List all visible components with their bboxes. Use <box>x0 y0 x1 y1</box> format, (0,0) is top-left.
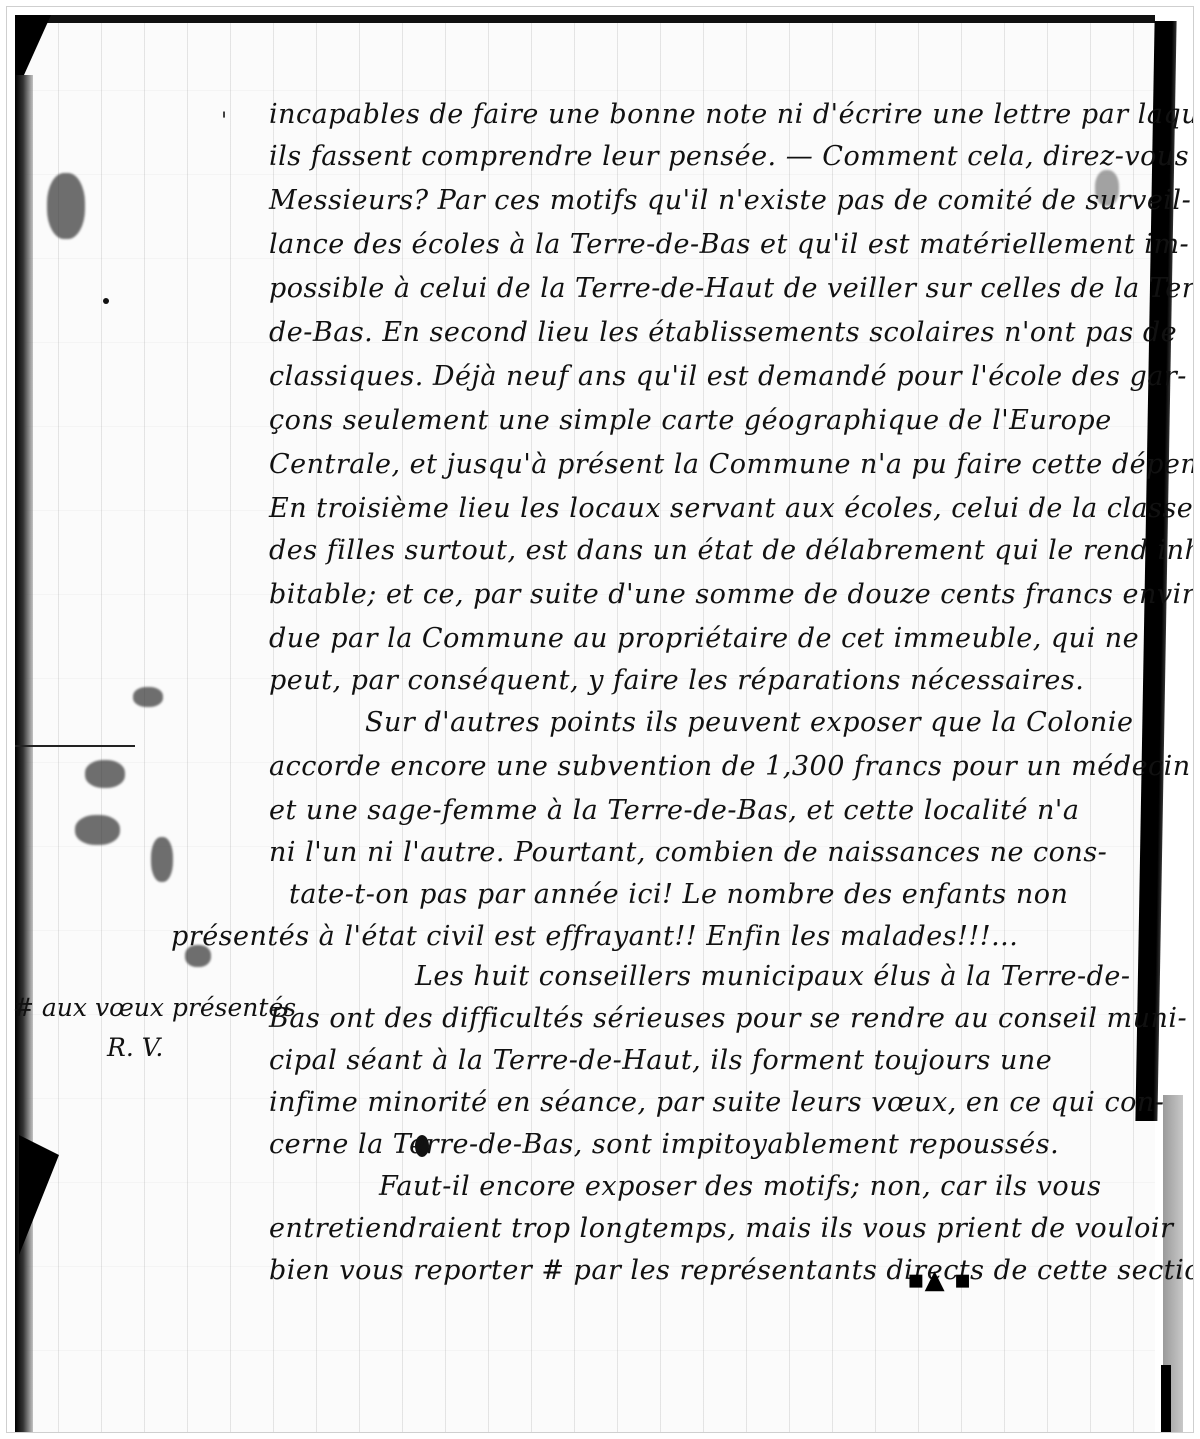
text-line: Les huit conseillers municipaux élus à l… <box>415 961 1131 992</box>
margin-annotation: # aux vœux présentés <box>13 993 296 1022</box>
text-line: incapables de faire une bonne note ni d'… <box>269 99 1194 130</box>
binding-edge <box>1161 1365 1171 1433</box>
text-line: due par la Commune au propriétaire de ce… <box>269 623 1139 654</box>
text-line: infime minorité en séance, par suite leu… <box>269 1087 1164 1118</box>
text-line: possible à celui de la Terre-de-Haut de … <box>269 273 1194 304</box>
text-line: Bas ont des difficultés sérieuses pour s… <box>269 1003 1187 1034</box>
ink-stain <box>133 687 163 707</box>
text-line: entretiendraient trop longtemps, mais il… <box>269 1213 1173 1244</box>
text-line: Centrale, et jusqu'à présent la Commune … <box>269 449 1194 480</box>
text-line: de-Bas. En second lieu les établissement… <box>269 317 1177 348</box>
text-line: Faut-il encore exposer des motifs; non, … <box>379 1171 1101 1202</box>
text-line: cerne la Terre-de-Bas, sont impitoyablem… <box>269 1129 1059 1160</box>
text-line: des filles surtout, est dans un état de … <box>269 535 1194 566</box>
text-line: Messieurs? Par ces motifs qu'il n'existe… <box>269 185 1191 216</box>
text-line: tate-t-on pas par année ici! Le nombre d… <box>289 879 1068 910</box>
text-line: ils fassent comprendre leur pensée. — Co… <box>269 141 1189 172</box>
ink-stain <box>151 837 173 882</box>
text-line: çons seulement une simple carte géograph… <box>269 405 1112 436</box>
text-line: accorde encore une subvention de 1,300 f… <box>269 751 1191 782</box>
fold-crease <box>15 745 135 747</box>
text-line: présentés à l'état civil est effrayant!!… <box>171 921 1018 952</box>
text-line: cipal séant à la Terre-de-Haut, ils form… <box>269 1045 1052 1076</box>
ink-stain <box>85 760 125 788</box>
torn-edge <box>19 1135 59 1255</box>
margin-initials: R. V. <box>107 1033 163 1062</box>
margin-mark: ' <box>221 109 227 134</box>
text-line: classiques. Déjà neuf ans qu'il est dema… <box>269 361 1187 392</box>
text-line: peut, par conséquent, y faire les répara… <box>269 665 1084 696</box>
text-line: et une sage-femme à la Terre-de-Bas, et … <box>269 795 1079 826</box>
scan-top-edge <box>15 15 1155 23</box>
text-line: ni l'un ni l'autre. Pourtant, combien de… <box>269 837 1107 868</box>
text-line: bitable; et ce, par suite d'une somme de… <box>269 579 1194 610</box>
scan-frame: ' incapables de faire une bonne note ni … <box>6 6 1194 1433</box>
ink-blot <box>103 298 109 304</box>
text-line: Sur d'autres points ils peuvent exposer … <box>365 707 1133 738</box>
ink-stain <box>47 173 85 239</box>
ink-stain <box>75 815 120 845</box>
end-ink-marks: ▪▲ ▪ <box>907 1265 971 1295</box>
text-line: En troisième lieu les locaux servant aux… <box>269 493 1193 524</box>
text-line: lance des écoles à la Terre-de-Bas et qu… <box>269 229 1189 260</box>
text-line: bien vous reporter # par les représentan… <box>269 1255 1194 1286</box>
